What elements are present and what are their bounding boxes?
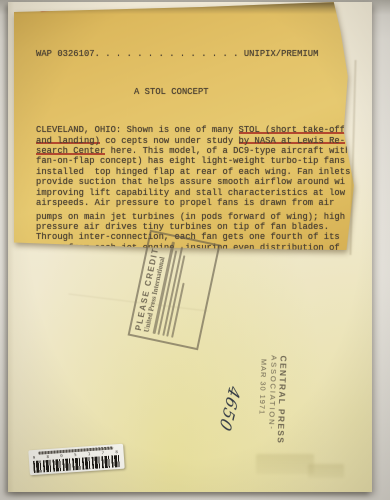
caption-title: A STOL CONCEPT <box>36 87 352 97</box>
barcode-sticker: 9 8 0 5 1 7 8 3 U <box>28 444 125 476</box>
slip-torn-edge <box>14 2 356 14</box>
scanned-photo-back: WAP 0326107. . . . . . . . . . . . . . U… <box>0 0 390 500</box>
red-underlined-text: STOL (short take-off <box>239 125 346 135</box>
tape-ghost-mark <box>308 464 344 478</box>
caption-line: installed top hinged flap at rear of eac… <box>36 167 352 177</box>
red-underlined-text: search Center <box>36 146 105 156</box>
caption-line: improving lift capability and stall char… <box>36 188 352 198</box>
caption-line: pumps on main jet turbines (in pods forw… <box>36 212 352 222</box>
red-grease-mark <box>40 5 54 12</box>
caption-line: airspeeds. Air pressure to propel fans i… <box>36 198 352 208</box>
caption-line: provide suction that helps assure smooth… <box>36 177 352 187</box>
caption-line: and landing) co cepts now under study by… <box>36 136 352 146</box>
credit-line: CREDIT (UPI PHOTO) 3/26/71 -hgr- <box>36 359 352 369</box>
caption-line: search Center here. This model, of a DC9… <box>36 146 352 156</box>
tape-ghost-mark <box>256 454 314 474</box>
red-underlined-text: and landing) <box>36 136 100 146</box>
caption-header: WAP 0326107. . . . . . . . . . . . . . U… <box>36 49 352 59</box>
caption-line: CLEVELAND, OHIO: Shown is one of many ST… <box>36 125 352 135</box>
caption-line: pressure air drives tiny turbines on tip… <box>36 222 352 232</box>
handwritten-number: 4650 <box>214 383 244 440</box>
central-press-stamp: CENTRAL PRESS ASSOCIATION- MAR 30 1971 <box>243 354 288 447</box>
red-underlined-text: by NASA at Lewis Re- <box>239 136 346 146</box>
caption-line: fan-on-flap concept) has eight light-wei… <box>36 156 352 166</box>
caption-slip-wrap: WAP 0326107. . . . . . . . . . . . . . U… <box>8 2 372 262</box>
caption-slip: WAP 0326107. . . . . . . . . . . . . . U… <box>14 2 356 250</box>
photo-back-paper: WAP 0326107. . . . . . . . . . . . . . U… <box>8 2 372 492</box>
